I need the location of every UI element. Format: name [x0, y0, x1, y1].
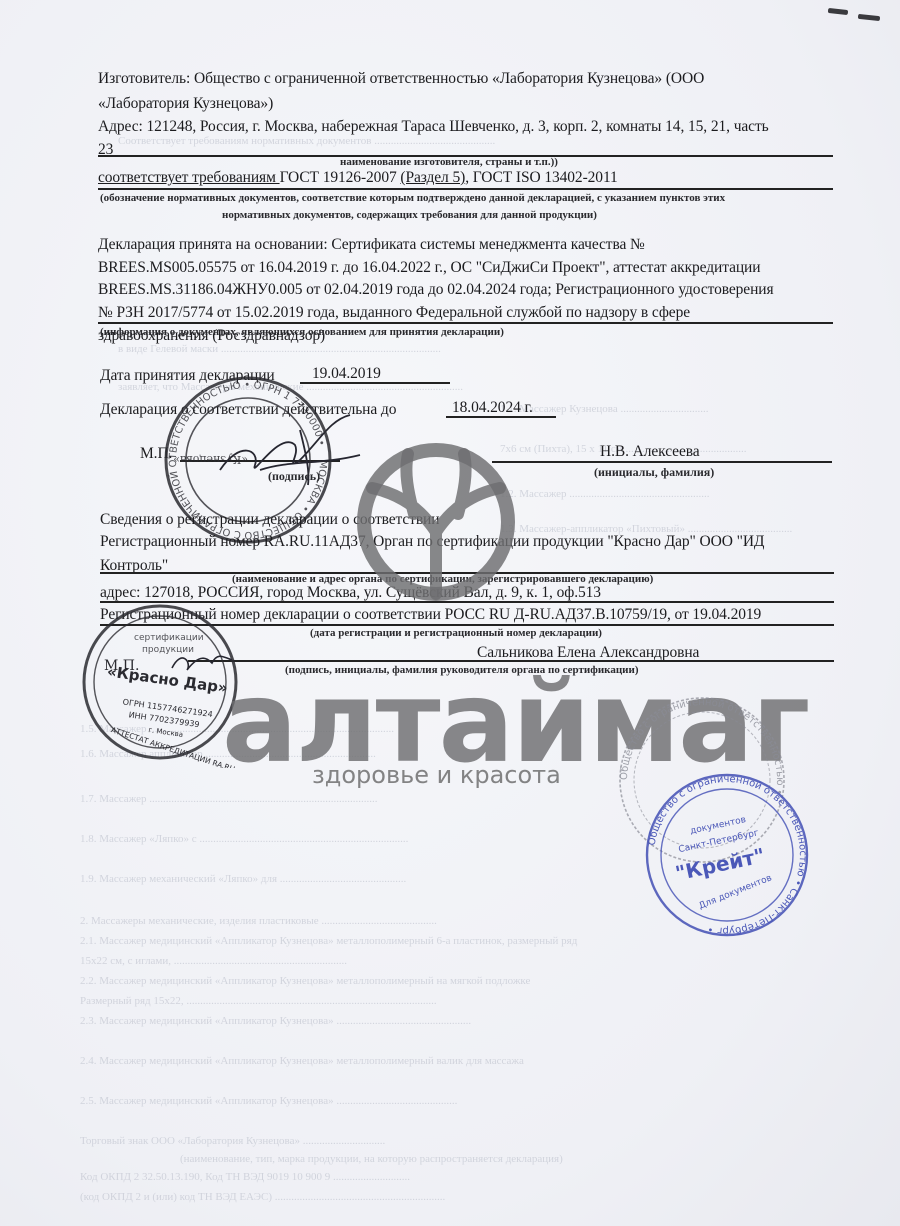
watermark-logo-icon	[350, 436, 522, 608]
caption-norms-1: (обозначение нормативных документов, соо…	[100, 192, 725, 205]
scan-mark	[858, 14, 880, 21]
manufacturer-line-1: Изготовитель: Общество с ограниченной от…	[98, 69, 704, 88]
conformity-prefix: соответствует требованиям	[98, 169, 280, 186]
signatory-name: Н.В. Алексеева	[600, 442, 700, 461]
conformity-statement: соответствует требованиям ГОСТ 19126-200…	[98, 168, 618, 187]
svg-text:Для документов: Для документов	[697, 873, 773, 911]
caption-basis: (информация о документах, являющихся осн…	[100, 326, 504, 339]
basis-line-2: BREES.MS005.05575 от 16.04.2019 г. до 16…	[98, 258, 760, 277]
manufacturer-line-2: «Лаборатория Кузнецова»)	[98, 94, 273, 113]
svg-text:«Красно Дар»: «Красно Дар»	[106, 662, 229, 697]
valid-underline	[446, 416, 556, 418]
cert-body-stamp: сертификации продукции М.П. «Красно Дар»…	[82, 598, 242, 768]
caption-decl-reg: (дата регистрации и регистрационный номе…	[310, 627, 602, 640]
divider	[98, 322, 833, 324]
address-line-1: Адрес: 121248, Россия, г. Москва, набере…	[98, 117, 769, 136]
basis-line-4: № РЗН 2017/5774 от 15.02.2019 года, выда…	[98, 303, 690, 322]
caption-norms-2: нормативных документов, содержащих требо…	[222, 209, 597, 222]
conformity-section: (Раздел 5)	[400, 169, 465, 186]
watermark-tagline: здоровье и красота	[312, 760, 561, 790]
kreit-copy-stamp: Общество с ограниченной ответственностью…	[640, 770, 815, 940]
svg-text:«Кузнецова»: «Кузнецова»	[173, 453, 248, 466]
name-line	[492, 461, 832, 463]
scan-mark	[828, 8, 848, 15]
svg-text:сертификации: сертификации	[134, 633, 204, 643]
basis-line-3: BREES.MS.31186.04ЖНУ0.005 от 02.04.2019 …	[98, 280, 773, 299]
svg-text:г. Москва: г. Москва	[148, 726, 184, 739]
divider	[98, 188, 833, 190]
valid-until-value: 18.04.2024 г.	[452, 398, 533, 417]
declaration-page: Соответствует требованиям нормативных до…	[0, 0, 900, 1226]
conformity-gost1: ГОСТ 19126-2007	[280, 169, 401, 186]
svg-text:продукции: продукции	[142, 645, 194, 655]
signatory-caption: (инициалы, фамилия)	[594, 466, 714, 479]
basis-line-1: Декларация принята на основании: Сертифи…	[98, 235, 645, 254]
conformity-gost2: , ГОСТ ISO 13402-2011	[465, 169, 617, 186]
